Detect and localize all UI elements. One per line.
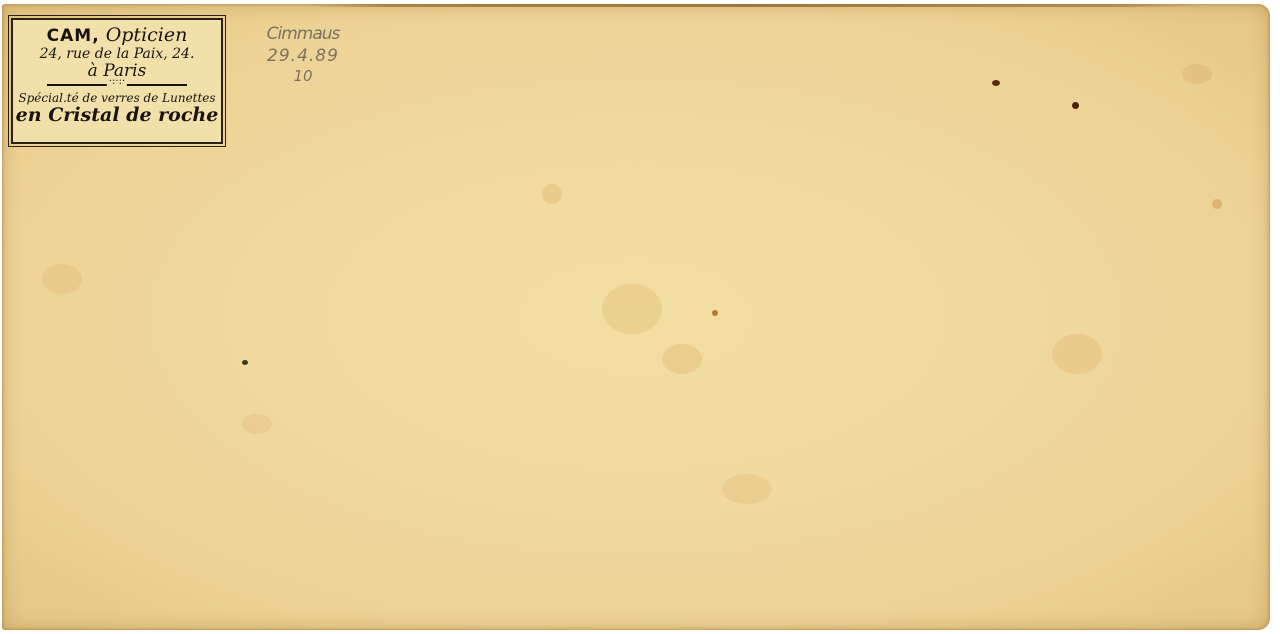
pencil-number: 10 <box>248 69 358 85</box>
stamp-address: 24, rue de la Paix, 24. <box>13 47 221 61</box>
pencil-annotation: Cimmaus 29.4.89 10 <box>248 26 358 84</box>
stain-spot <box>662 344 702 374</box>
stain-spot <box>722 474 772 504</box>
optician-stamp-label: CAM, Opticien 24, rue de la Paix, 24. à … <box>11 18 223 144</box>
pencil-date: 29.4.89 <box>248 48 358 66</box>
stain-spot <box>1182 64 1212 84</box>
stain-spot <box>542 184 562 204</box>
stain-spot <box>1052 334 1102 374</box>
stain-spot <box>1072 102 1079 109</box>
stain-spot <box>242 414 272 434</box>
stamp-material: en Cristal de roche <box>13 106 221 125</box>
stain-spot <box>42 264 82 294</box>
stamp-profession: Opticien <box>100 24 188 46</box>
stain-spot <box>712 310 718 316</box>
pencil-name: Cimmaus <box>248 26 358 44</box>
stamp-specialty: Spécial.té de verres de Lunettes <box>13 92 221 104</box>
stain-spot <box>602 284 662 334</box>
ornament-divider <box>47 84 187 86</box>
stain-spot <box>242 360 248 365</box>
stain-spot <box>1212 199 1222 209</box>
stamp-title: CAM, Opticien <box>13 26 221 45</box>
stamp-brand: CAM, <box>47 26 100 46</box>
stain-spot <box>992 80 1000 86</box>
